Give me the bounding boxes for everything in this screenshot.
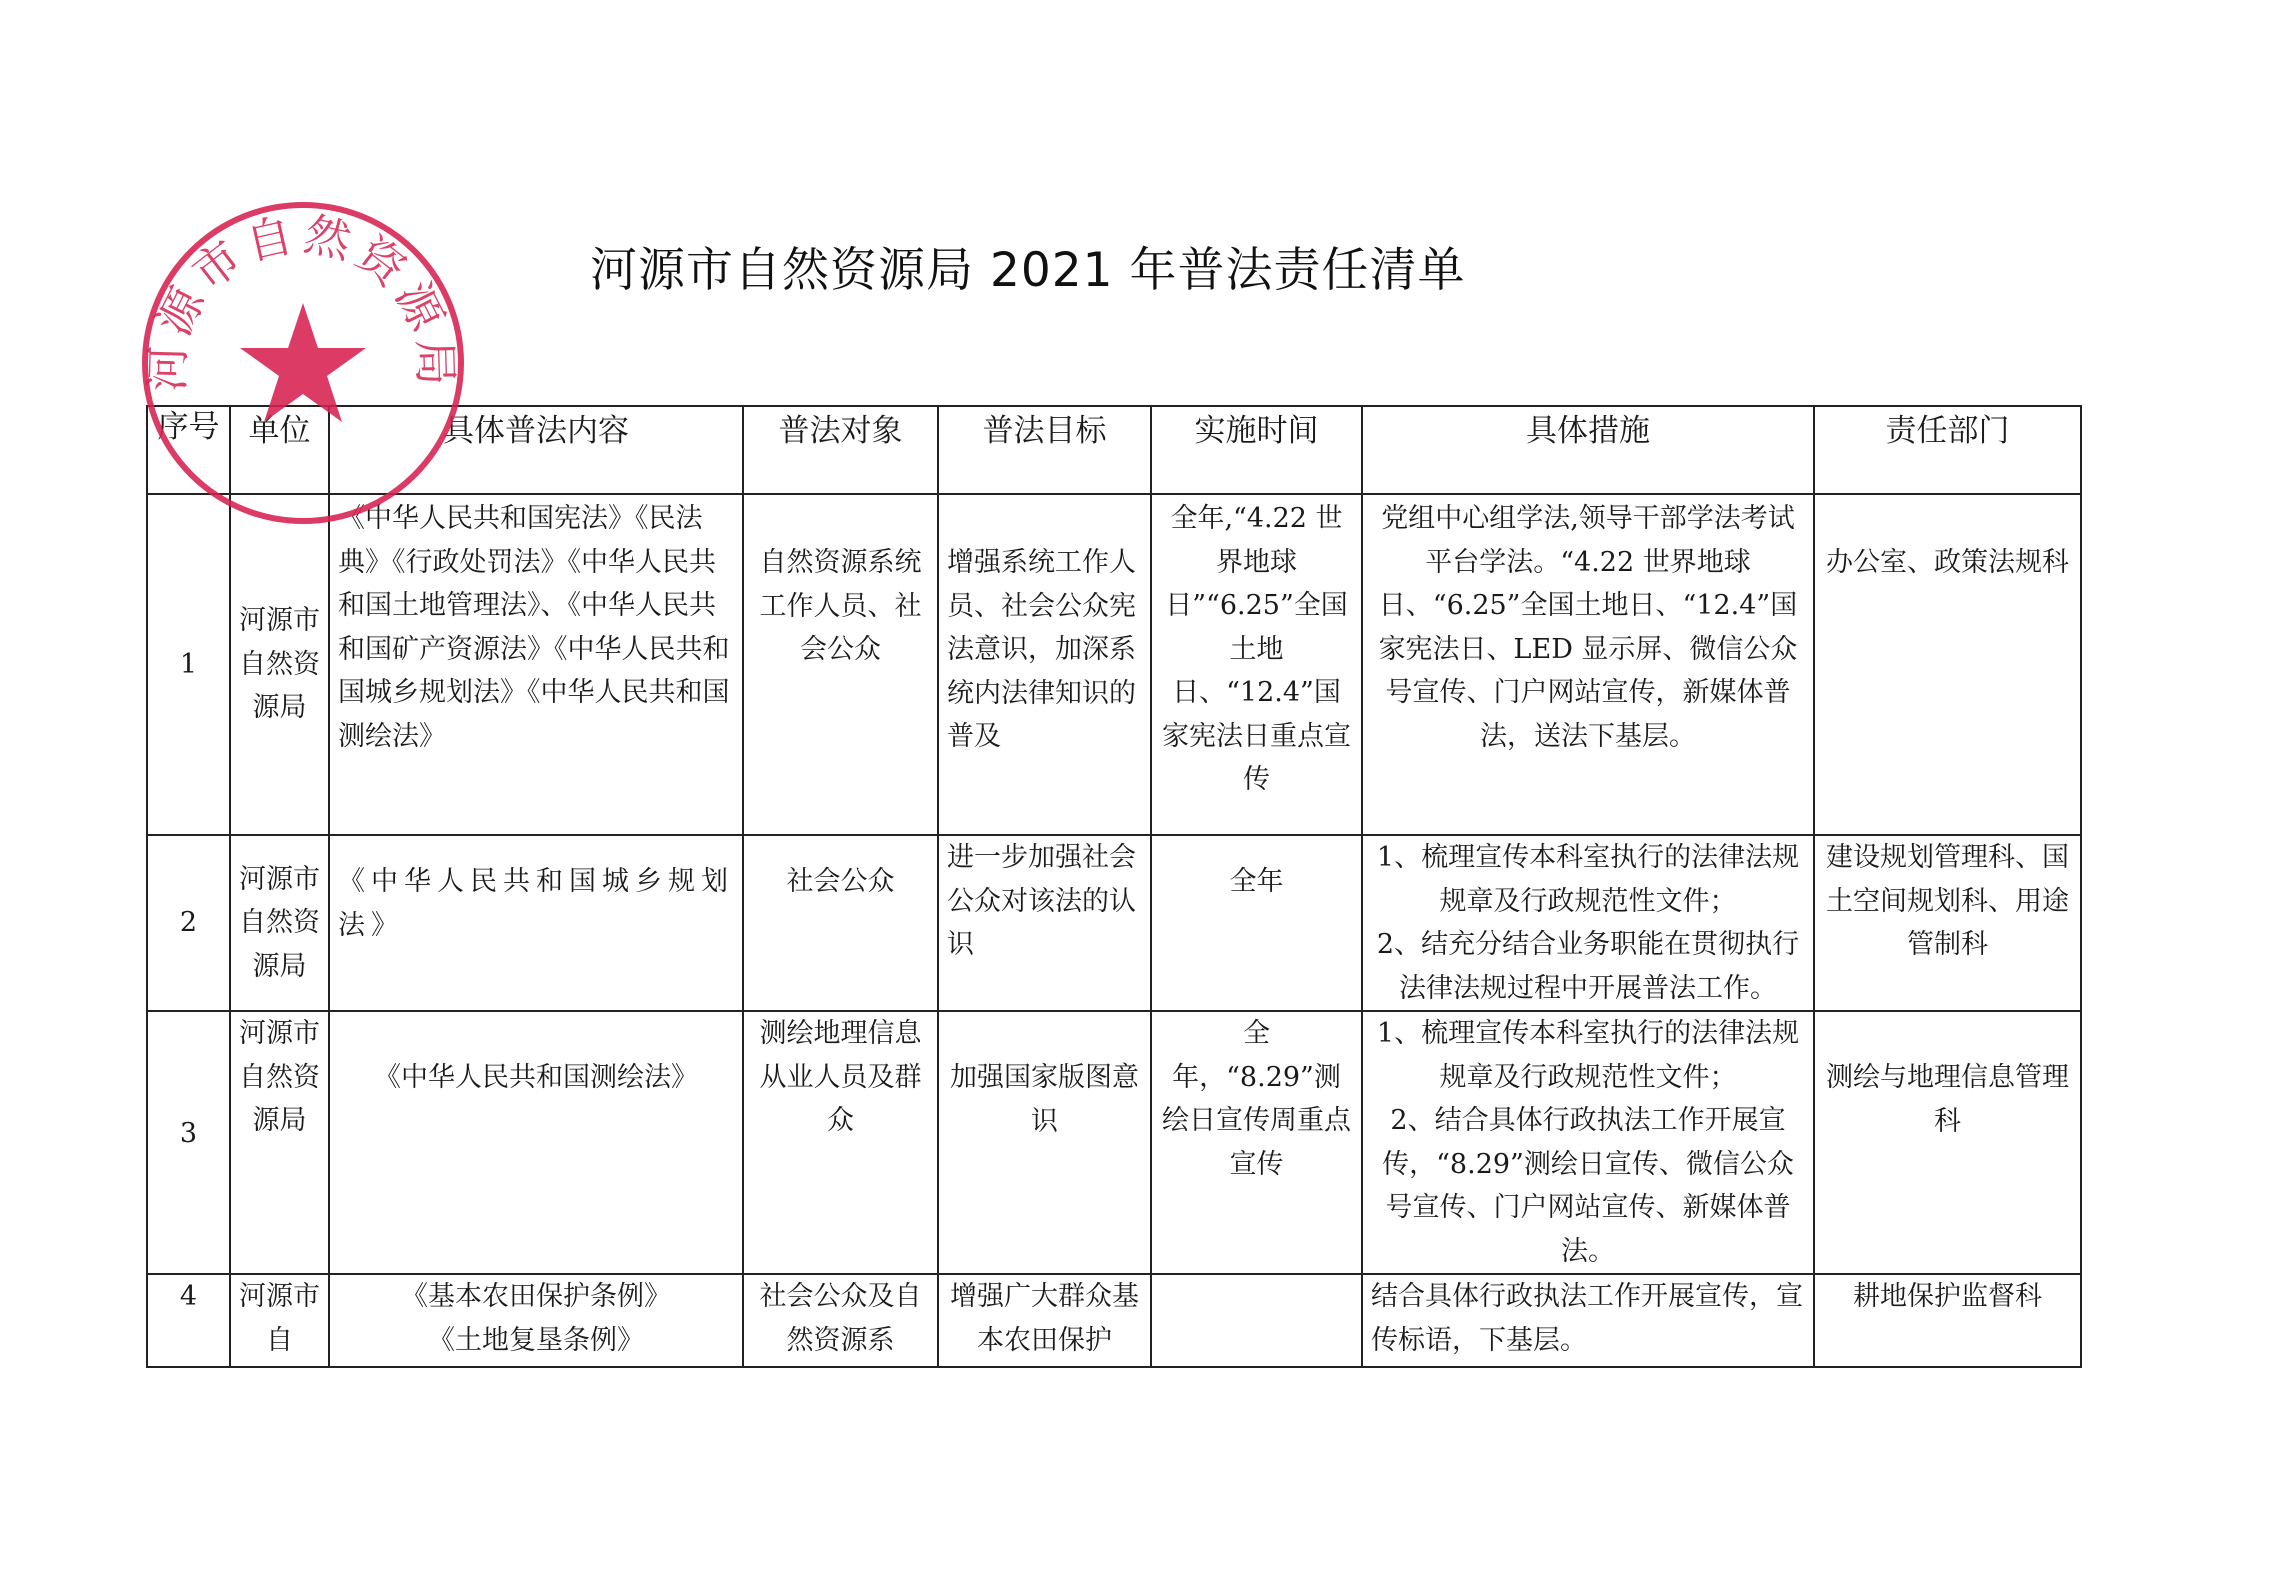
row-unit: 河源市自然资源局	[230, 835, 329, 1011]
row-measures: 1、梳理宣传本科室执行的法律法规规章及行政规范性文件； 2、结合具体行政执法工作…	[1362, 1011, 1814, 1274]
table-row: 3 河源市自然资源局 《中华人民共和国测绘法》 测绘地理信息从业人员及群众 加强…	[147, 1011, 2081, 1274]
row-audience: 测绘地理信息从业人员及群众	[743, 1011, 938, 1274]
row-measures: 党组中心组学法,领导干部学法考试平台学法。“4.22 世界地球日、“6.25”全…	[1362, 494, 1814, 835]
row-department: 建设规划管理科、国土空间规划科、用途管制科	[1814, 835, 2081, 1011]
row-index: 2	[147, 835, 230, 1011]
row-index: 3	[147, 1011, 230, 1274]
header-unit: 单位	[230, 406, 329, 494]
row-time	[1151, 1274, 1362, 1367]
row-content: 《基本农田保护条例》 《土地复垦条例》	[329, 1274, 743, 1367]
row-content: 《中华人民共和国宪法》《民法典》《行政处罚法》《中华人民共和国土地管理法》、《中…	[329, 494, 743, 835]
header-department: 责任部门	[1814, 406, 2081, 494]
row-department: 办公室、政策法规科	[1814, 494, 2081, 835]
header-measures: 具体措施	[1362, 406, 1814, 494]
row-audience: 社会公众	[743, 835, 938, 1011]
row-audience: 社会公众及自然资源系	[743, 1274, 938, 1367]
row-department: 测绘与地理信息管理科	[1814, 1011, 2081, 1274]
header-index: 序号	[147, 406, 230, 494]
table-row: 2 河源市自然资源局 《中华人民共和国城乡规划法》 社会公众 进一步加强社会公众…	[147, 835, 2081, 1011]
row-time: 全年，“8.29”测绘日宣传周重点宣传	[1151, 1011, 1362, 1274]
row-goal: 进一步加强社会公众对该法的认识	[938, 835, 1151, 1011]
table-row: 4 河源市自 《基本农田保护条例》 《土地复垦条例》 社会公众及自然资源系 增强…	[147, 1274, 2081, 1367]
row-goal: 增强系统工作人员、社会公众宪法意识，加深系统内法律知识的普及	[938, 494, 1151, 835]
row-time: 全年	[1151, 835, 1362, 1011]
row-content: 《中华人民共和国城乡规划法》	[329, 835, 743, 1011]
page-title: 河源市自然资源局 2021 年普法责任清单	[590, 236, 1490, 306]
svg-text:河源市自然资源局: 河源市自然资源局	[140, 206, 463, 392]
table-header-row: 序号 单位 具体普法内容 普法对象 普法目标 实施时间 具体措施 责任部门	[147, 406, 2081, 494]
header-goal: 普法目标	[938, 406, 1151, 494]
header-content: 具体普法内容	[329, 406, 743, 494]
row-unit: 河源市自	[230, 1274, 329, 1367]
row-measures: 结合具体行政执法工作开展宣传，宣传标语，下基层。	[1362, 1274, 1814, 1367]
row-measures: 1、梳理宣传本科室执行的法律法规规章及行政规范性文件； 2、结充分结合业务职能在…	[1362, 835, 1814, 1011]
row-unit: 河源市自然资源局	[230, 494, 329, 835]
row-audience: 自然资源系统工作人员、社会公众	[743, 494, 938, 835]
table-row: 1 河源市自然资源局 《中华人民共和国宪法》《民法典》《行政处罚法》《中华人民共…	[147, 494, 2081, 835]
header-time: 实施时间	[1151, 406, 1362, 494]
row-content: 《中华人民共和国测绘法》	[329, 1011, 743, 1274]
header-audience: 普法对象	[743, 406, 938, 494]
seal-text: 河源市自然资源局	[140, 206, 463, 392]
duty-list-table: 序号 单位 具体普法内容 普法对象 普法目标 实施时间 具体措施 责任部门 1 …	[146, 405, 2082, 1368]
row-department: 耕地保护监督科	[1814, 1274, 2081, 1367]
row-goal: 增强广大群众基本农田保护	[938, 1274, 1151, 1367]
row-time: 全年,“4.22 世界地球日”“6.25”全国土地日、“12.4”国家宪法日重点…	[1151, 494, 1362, 835]
row-index: 1	[147, 494, 230, 835]
row-goal: 加强国家版图意识	[938, 1011, 1151, 1274]
row-unit: 河源市自然资源局	[230, 1011, 329, 1274]
row-index: 4	[147, 1274, 230, 1367]
